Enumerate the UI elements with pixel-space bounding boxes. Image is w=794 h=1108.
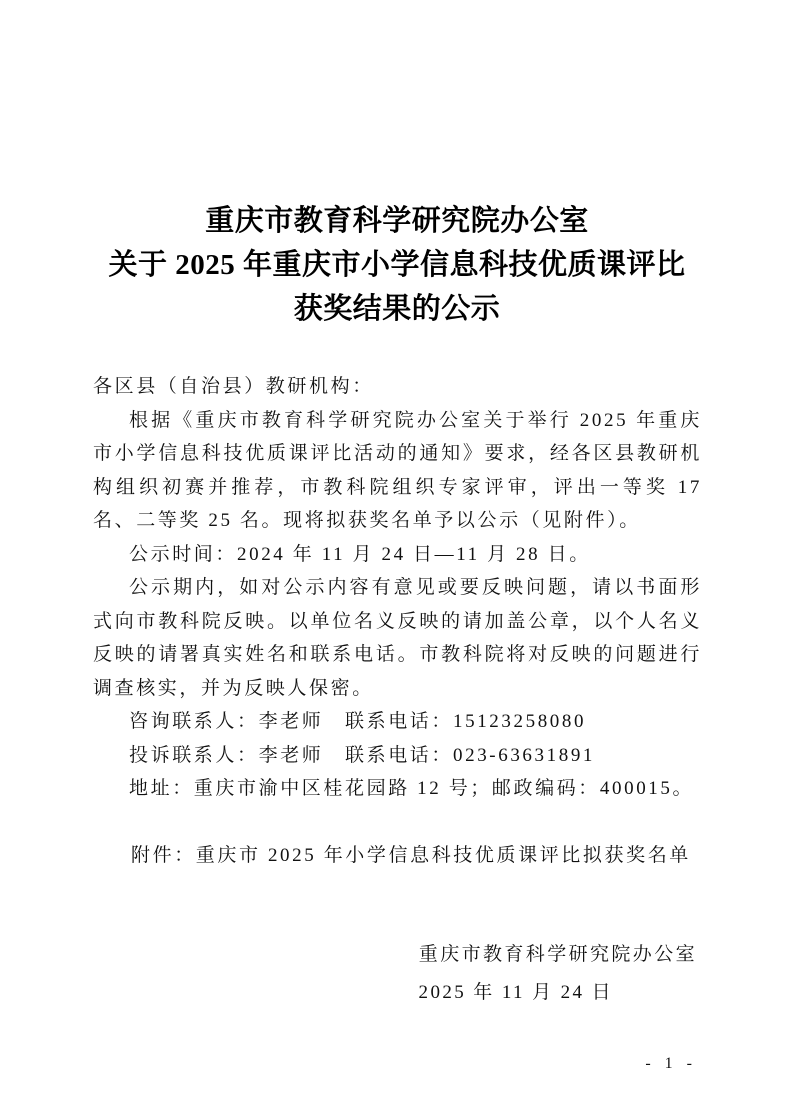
title-line-1: 重庆市教育科学研究院办公室 (0, 199, 794, 243)
title-line-2: 关于 2025 年重庆市小学信息科技优质课评比 (0, 243, 794, 287)
document-body: 各区县（自治县）教研机构： 根据《重庆市教育科学研究院办公室关于举行 2025 … (93, 370, 702, 806)
attachment-line: 附件：重庆市 2025 年小学信息科技优质课评比拟获奖名单 (93, 839, 702, 873)
title-line-3: 获奖结果的公示 (0, 287, 794, 331)
page-number: - 1 - (645, 1055, 697, 1073)
paragraph-basis: 根据《重庆市教育科学研究院办公室关于举行 2025 年重庆市小学信息科技优质课评… (93, 404, 702, 538)
signature-date: 2025 年 11 月 24 日 (93, 974, 702, 1012)
signature-block: 重庆市教育科学研究院办公室 2025 年 11 月 24 日 (93, 936, 702, 1012)
document-page: 重庆市教育科学研究院办公室 关于 2025 年重庆市小学信息科技优质课评比 获奖… (0, 0, 794, 1108)
contact-line-complaint: 投诉联系人：李老师 联系电话：023-63631891 (93, 739, 702, 773)
paragraph-feedback-instructions: 公示期内，如对公示内容有意见或要反映问题，请以书面形式向市教科院反映。以单位名义… (93, 571, 702, 705)
signature-organization: 重庆市教育科学研究院办公室 (93, 936, 702, 974)
document-title: 重庆市教育科学研究院办公室 关于 2025 年重庆市小学信息科技优质课评比 获奖… (0, 199, 794, 331)
salutation: 各区县（自治县）教研机构： (93, 370, 702, 404)
contact-line-consult: 咨询联系人：李老师 联系电话：15123258080 (93, 705, 702, 739)
paragraph-publicity-period: 公示时间：2024 年 11 月 24 日—11 月 28 日。 (93, 538, 702, 572)
contact-line-address: 地址：重庆市渝中区桂花园路 12 号；邮政编码：400015。 (93, 772, 702, 806)
